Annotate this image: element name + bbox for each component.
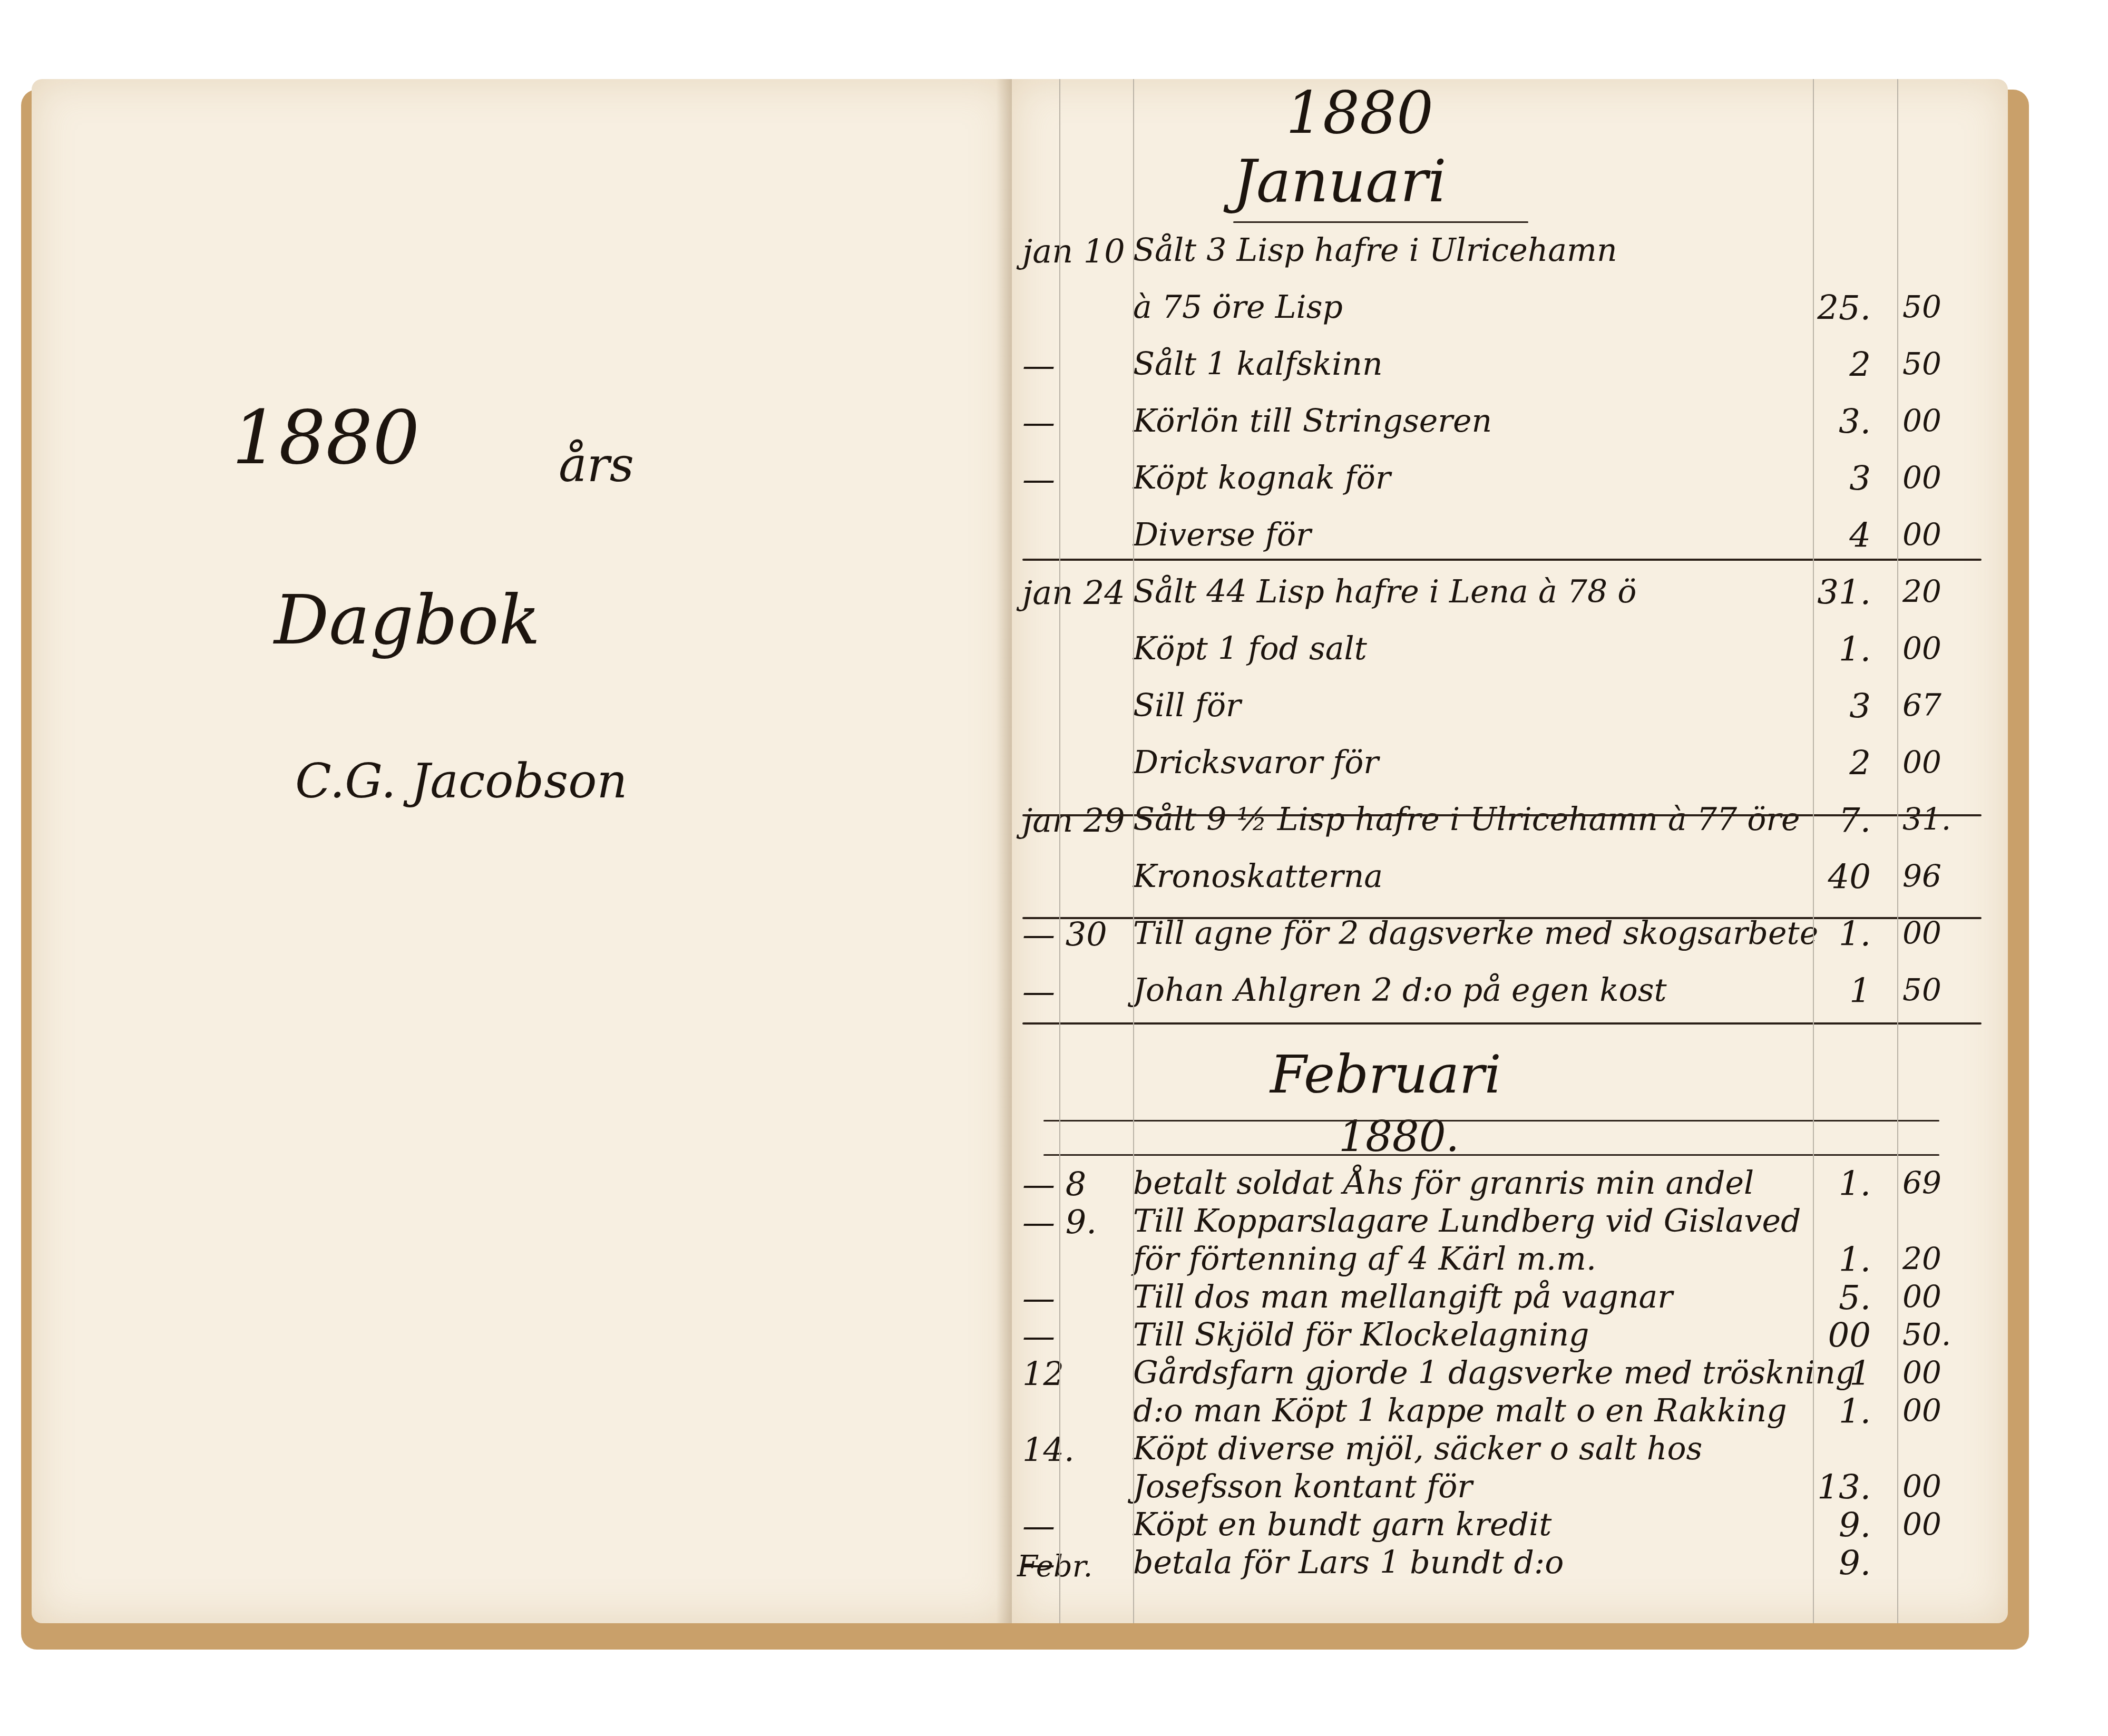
heading-underline — [1233, 221, 1528, 223]
ledger-kronor: 40 — [1792, 858, 1871, 897]
ledger-text: Körlön till Stringseren — [1133, 403, 1492, 440]
ledger-text: Diverse för — [1133, 516, 1311, 553]
ledger-kronor: 7. — [1792, 801, 1871, 840]
ledger-kronor: 1. — [1792, 915, 1871, 954]
ledger-date: — — [1022, 1316, 1101, 1355]
ledger-ore: 00 — [1902, 1392, 1971, 1428]
ledger-kronor: 1. — [1792, 1165, 1871, 1204]
ledger-ore: 50 — [1902, 289, 1971, 325]
ledger-row: Diverse för400 — [1012, 516, 2008, 569]
ledger-kronor: 13. — [1792, 1468, 1871, 1507]
entry-separator — [1022, 814, 1982, 816]
ledger-ore: 00 — [1902, 460, 1971, 495]
double-rule-top — [1043, 1120, 1939, 1121]
ledger-ore: 50 — [1902, 346, 1971, 382]
ledger-text: Sill för — [1133, 687, 1241, 724]
ledger-text: Gårdsfarn gjorde 1 dagsverke med tröskni… — [1133, 1354, 1856, 1391]
ledger-ore: 20 — [1902, 1241, 1971, 1276]
double-rule-bottom — [1043, 1154, 1939, 1156]
ledger-row: jan 10Sålt 3 Lisp hafre i Ulricehamn — [1012, 232, 2008, 285]
ledger-date: — — [1022, 346, 1101, 384]
ledger-text: Köpt 1 fod salt — [1133, 630, 1367, 667]
ledger-ore: 00 — [1902, 915, 1971, 951]
ledger-ore: 69 — [1902, 1165, 1971, 1201]
ledger-ore: 20 — [1902, 573, 1971, 609]
ledger-row: jan 29Sålt 9 ½ Lisp hafre i Ulricehamn à… — [1012, 801, 2008, 854]
ledger-row: Sill för367 — [1012, 687, 2008, 740]
ledger-kronor: 3 — [1792, 687, 1871, 726]
ledger-text: betalt soldat Åhs för granris min andel — [1133, 1165, 1754, 1202]
ledger-text: Till dos man mellangift på vagnar — [1133, 1279, 1673, 1315]
ledger-ore: 67 — [1902, 687, 1971, 723]
ledger-row: jan 24Sålt 44 Lisp hafre i Lena à 78 ö31… — [1012, 573, 2008, 626]
month-heading-february: Februari — [1270, 1043, 1501, 1105]
ledger-ore: 00 — [1902, 630, 1971, 666]
ledger-date: — 30 — [1022, 915, 1101, 953]
left-page: 1880 års Dagbok C.G. Jacobson — [32, 79, 1012, 1623]
ledger-kronor: 3. — [1792, 403, 1871, 442]
date-column-rule — [1059, 79, 1060, 1623]
title-dagbok: Dagbok — [274, 580, 540, 660]
ledger-row: —Johan Ahlgren 2 d:o på egen kost150 — [1012, 972, 2008, 1025]
ledger-kronor: 1. — [1792, 630, 1871, 669]
ledger-text: Kronoskatterna — [1133, 858, 1383, 895]
ledger-text: Dricksvaror för — [1133, 744, 1379, 781]
ledger-kronor: 25. — [1792, 289, 1871, 328]
ledger-kronor: 5. — [1792, 1279, 1871, 1318]
ledger-date: — — [1022, 1279, 1101, 1317]
ledger-row: à 75 öre Lisp25.50 — [1012, 289, 2008, 342]
ledger-ore: 00 — [1902, 1354, 1971, 1390]
entry-separator — [1022, 917, 1982, 919]
ledger-date: — — [1022, 1506, 1101, 1545]
ore-column-rule — [1897, 79, 1898, 1623]
ledger-row: — 30Till agne för 2 dagsverke med skogsa… — [1012, 915, 2008, 968]
ledger-kronor: 31. — [1792, 573, 1871, 612]
ledger-row: —Körlön till Stringseren3.00 — [1012, 403, 2008, 455]
ledger-ore: 00 — [1902, 744, 1971, 780]
ledger-date: — 9. — [1022, 1203, 1101, 1241]
ledger-text: Sålt 9 ½ Lisp hafre i Ulricehamn à 77 ör… — [1133, 801, 1800, 838]
ledger-kronor: 3 — [1792, 460, 1871, 499]
ledger-text: Köpt en bundt garn kredit — [1133, 1506, 1551, 1543]
ledger-ore: 50. — [1902, 1316, 1971, 1352]
ledger-date: — — [1022, 460, 1101, 498]
ledger-ore: 96 — [1902, 858, 1971, 894]
ledger-text: Johan Ahlgren 2 d:o på egen kost — [1133, 972, 1667, 1009]
ledger-text: Sålt 1 kalfskinn — [1133, 346, 1383, 383]
ledger-kronor: 1 — [1792, 1354, 1871, 1393]
ledger-ore: 00 — [1902, 516, 1971, 552]
kr-column-rule — [1813, 79, 1814, 1623]
entry-separator — [1022, 559, 1982, 561]
ledger-ore: 00 — [1902, 1506, 1971, 1542]
ledger-row: Kronoskatterna4096 — [1012, 858, 2008, 911]
ledger-text: Till Skjöld för Klockelagning — [1133, 1316, 1589, 1353]
ledger-kronor: 9. — [1792, 1544, 1871, 1583]
ledger-text: Till Kopparslagare Lundberg vid Gislaved — [1133, 1203, 1801, 1240]
text-column-rule — [1133, 79, 1134, 1623]
right-page: 1880 Januari jan 10Sålt 3 Lisp hafre i U… — [1012, 79, 2008, 1623]
ledger-kronor: 2 — [1792, 744, 1871, 783]
footer-note: Febr. — [1017, 1549, 1092, 1584]
ledger-kronor: 1. — [1792, 1241, 1871, 1280]
ledger-ore: 00 — [1902, 1468, 1971, 1504]
ledger-date: 12 — [1022, 1354, 1101, 1393]
ledger-date: jan 10 — [1022, 232, 1101, 270]
ledger-row: —betala för Lars 1 bundt d:o9. — [1012, 1544, 2008, 1597]
ledger-row: Dricksvaror för200 — [1012, 744, 2008, 797]
ledger-text: Sålt 3 Lisp hafre i Ulricehamn — [1133, 232, 1617, 269]
ledger-kronor: 00 — [1792, 1316, 1871, 1355]
ledger-kronor: 4 — [1792, 516, 1871, 555]
ledger-date: jan 24 — [1022, 573, 1101, 612]
author-signature: C.G. Jacobson — [295, 754, 627, 809]
ledger-kronor: 9. — [1792, 1506, 1871, 1545]
ledger-kronor: 1. — [1792, 1392, 1871, 1431]
entry-separator — [1022, 1022, 1982, 1025]
ledger-date: — — [1022, 403, 1101, 441]
ledger-ore: 00 — [1902, 1279, 1971, 1314]
title-year: 1880 — [232, 395, 419, 481]
ledger-date: — 8 — [1022, 1165, 1101, 1203]
ledger-text: Köpt kognak för — [1133, 460, 1391, 496]
ledger-text: à 75 öre Lisp — [1133, 289, 1343, 326]
ledger-text: betala för Lars 1 bundt d:o — [1133, 1544, 1564, 1581]
ledger-text: Till agne för 2 dagsverke med skogsarbet… — [1133, 915, 1818, 952]
ledger-text: för förtenning af 4 Kärl m.m. — [1133, 1241, 1596, 1277]
ledger-ore: 00 — [1902, 403, 1971, 438]
ledger-date: 14. — [1022, 1430, 1101, 1469]
ledger-text: d:o man Köpt 1 kappe malt o en Rakking — [1133, 1392, 1787, 1429]
ledger-date: jan 29 — [1022, 801, 1101, 840]
title-suffix: års — [559, 437, 634, 493]
year-heading: 1880 — [1286, 79, 1433, 147]
ledger-text: Josefsson kontant för — [1133, 1468, 1472, 1505]
ledger-row: —Sålt 1 kalfskinn250 — [1012, 346, 2008, 398]
ledger-ore: 31. — [1902, 801, 1971, 837]
ledger-text: Sålt 44 Lisp hafre i Lena à 78 ö — [1133, 573, 1636, 610]
ledger-kronor: 1 — [1792, 972, 1871, 1011]
ledger-ore: 50 — [1902, 972, 1971, 1008]
ledger-row: Köpt 1 fod salt1.00 — [1012, 630, 2008, 683]
ledger-date: — — [1022, 972, 1101, 1010]
ledger-text: Köpt diverse mjöl, säcker o salt hos — [1133, 1430, 1702, 1467]
ledger-row: —Köpt kognak för300 — [1012, 460, 2008, 512]
month-heading-january: Januari — [1233, 148, 1447, 215]
ledger-kronor: 2 — [1792, 346, 1871, 385]
